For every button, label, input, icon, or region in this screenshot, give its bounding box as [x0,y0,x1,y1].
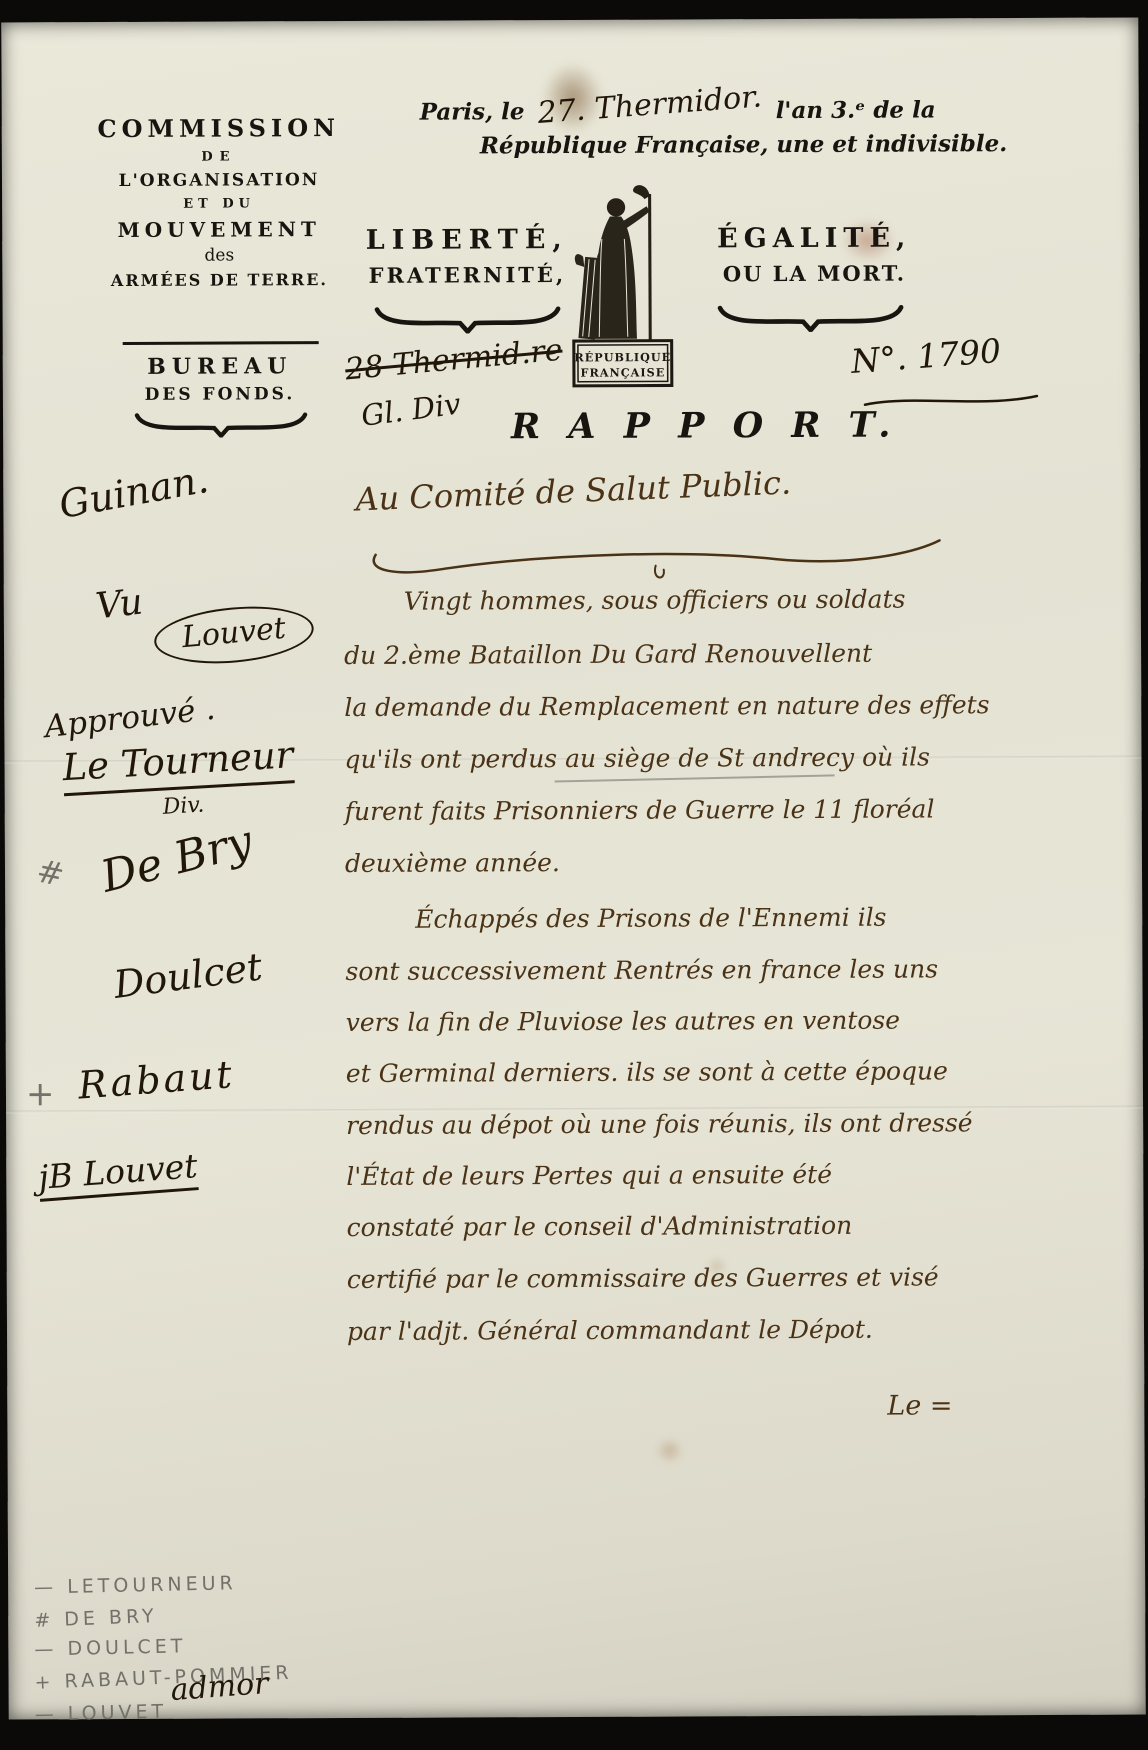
pedestal-text: FRANÇAISE [580,365,665,379]
pencil-note-name: DE BRY [64,1605,158,1631]
pencil-note-mark: — [34,1638,57,1660]
liberty-emblem-icon: RÉPUBLIQUE FRANÇAISE [562,178,681,393]
body-line: et Germinal derniers. ils se sont à cett… [346,1056,948,1088]
signature-letourneur-division: Div. [162,793,205,820]
body-line: l'État de leurs Pertes qui a ensuite été [346,1160,832,1191]
commission-line: MOUVEMENT [94,217,344,242]
pedestal-text: RÉPUBLIQUE [574,350,671,364]
body-line: du 2.ème Bataillon Du Gard Renouvellent [344,639,872,670]
brace-ornament-icon [361,305,575,334]
body-line: Vingt hommes, sous officiers ou soldats [404,585,906,616]
pencil-note: # DE BRY [34,1600,293,1632]
pencil-note: — DOULCET [34,1633,292,1661]
body-line: Échappés des Prisons de l'Ennemi ils [415,903,886,934]
signature-rabaut: Rabaut [77,1052,237,1108]
commission-line: des [94,245,344,266]
salutation: Au Comité de Salut Public. [355,463,792,518]
motto-fraternite: FRATERNITÉ, [342,262,592,288]
body-line: qu'ils ont perdus au siège de St andrecy… [344,742,930,774]
pencil-note-name: LOUVET [68,1701,168,1725]
pencil-underline [555,774,835,782]
pencil-note: — LOUVET [34,1698,292,1726]
ink-note-admor: admor [169,1666,269,1708]
pencil-note-mark: — [34,1703,57,1725]
catchword: Le = [887,1390,952,1421]
body-line: furent faits Prisonniers de Guerre le 11… [345,794,935,826]
motto-ou-la-mort: OU LA MORT. [694,260,934,286]
commission-line: ET DU [94,196,344,212]
division-note: Gl. Div [359,387,462,433]
body-line: la demande du Remplacement en nature des… [344,690,989,722]
commission-line: L'ORGANISATION [94,170,344,191]
paper-sheet: Paris, le 27. Thermidor. l'an 3.ᵉ de la … [1,18,1145,1720]
date-note: 28 Thermid.re [344,333,564,388]
motto-left: LIBERTÉ, FRATERNITÉ, [342,224,592,288]
dateline-line2: République Française, une et indivisible… [480,130,1007,159]
axe-shape [574,254,585,267]
pencil-note-name: LETOURNEUR [67,1572,237,1598]
pencil-note-mark: + [34,1671,55,1694]
bureau-line: DES FONDS. [95,384,345,405]
rule-divider [123,341,319,345]
pencil-note: — LETOURNEUR [34,1571,292,1599]
pencil-note-mark: # [34,1609,55,1632]
scanned-page: Paris, le 27. Thermidor. l'an 3.ᵉ de la … [0,0,1148,1750]
commission-line: DE [94,149,344,165]
pencil-note-mark: — [34,1576,57,1598]
phrygian-cap-shape [633,185,650,199]
bureau-line: BUREAU [95,353,345,380]
motto-egalite: ÉGALITÉ, [694,222,934,254]
signature-jb-louvet: jB Louvet [37,1146,199,1202]
body-line: certifié par le commissaire des Guerres … [347,1262,939,1294]
signature-louvet-circled: Louvet [152,600,316,669]
signature-vu: Vu [94,582,145,628]
commission-line: COMMISSION [94,113,344,143]
body-line: vers la fin de Pluviose les autres en ve… [346,1006,900,1037]
ink-stain [655,1438,683,1464]
flourish-icon [356,534,956,587]
report-number: N°. 1790 [850,331,1003,381]
pencil-mark-debry: # [33,852,71,895]
motto-right: ÉGALITÉ, OU LA MORT. [694,222,934,286]
signature-approuve: Approuvé . [43,691,217,745]
signature-letourneur: Le Tourneur [61,733,295,796]
motto-liberte: LIBERTÉ, [342,224,592,256]
brace-ornament-icon [709,304,913,333]
pencil-mark-rabaut: + [26,1074,59,1114]
body-line: sont successivement Rentrés en france le… [345,954,938,986]
brace-ornament-icon [131,411,311,438]
bureau-block: BUREAU DES FONDS. [95,353,345,405]
commission-block: COMMISSION DE L'ORGANISATION ET DU MOUVE… [94,113,345,290]
signature-debry: De Bry [96,816,257,903]
body-line: rendus au dépot où une fois réunis, ils … [346,1108,973,1140]
signature-guinan: Guinan. [56,457,212,527]
pencil-note-name: DOULCET [67,1635,186,1660]
signature-doulcet: Doulcet [111,944,264,1006]
dateline-prefix: Paris, le [420,98,525,125]
dateline: Paris, le 27. Thermidor. l'an 3.ᵉ de la [420,90,936,127]
body-line: deuxième année. [345,848,560,878]
body-line: constaté par le conseil d'Administration [347,1211,853,1242]
body-line: par l'adjt. Général commandant le Dépot. [347,1315,873,1346]
commission-line: ARMÉES DE TERRE. [94,270,344,290]
dateline-suffix: l'an 3.ᵉ de la [776,96,936,124]
report-title: R A P P O R T. [511,405,898,448]
